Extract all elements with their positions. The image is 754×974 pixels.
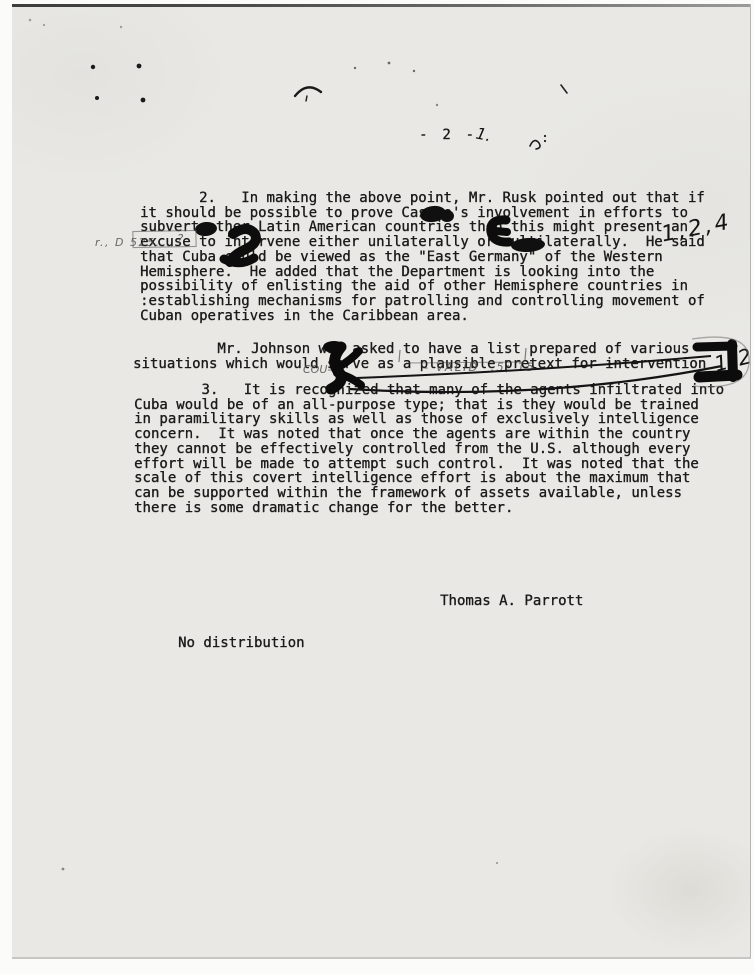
handwritten-subline-note-1: COU- [303, 363, 331, 376]
handwritten-excuse-question-mark: ? [177, 232, 183, 246]
paragraph-agents: 3. It is recognized that many of the age… [134, 383, 724, 515]
signature-name: Thomas A. Parrott [440, 594, 583, 609]
page-number: - 2 - [419, 128, 477, 143]
distribution-note: No distribution [178, 636, 304, 651]
paragraph-johnson: Mr. Johnson was asked to have a list pre… [133, 342, 706, 371]
scanned-memo-page: - 2 - 2. In making the above point, Mr. … [0, 0, 754, 974]
handwritten-note-left-margin: r., D 525. [95, 236, 160, 249]
paper-top-edge [12, 4, 750, 7]
paragraph-rusk: 2. In making the above point, Mr. Rusk p… [140, 191, 705, 323]
handwritten-subline-note-2: - VALID .5; 15 [424, 360, 536, 374]
